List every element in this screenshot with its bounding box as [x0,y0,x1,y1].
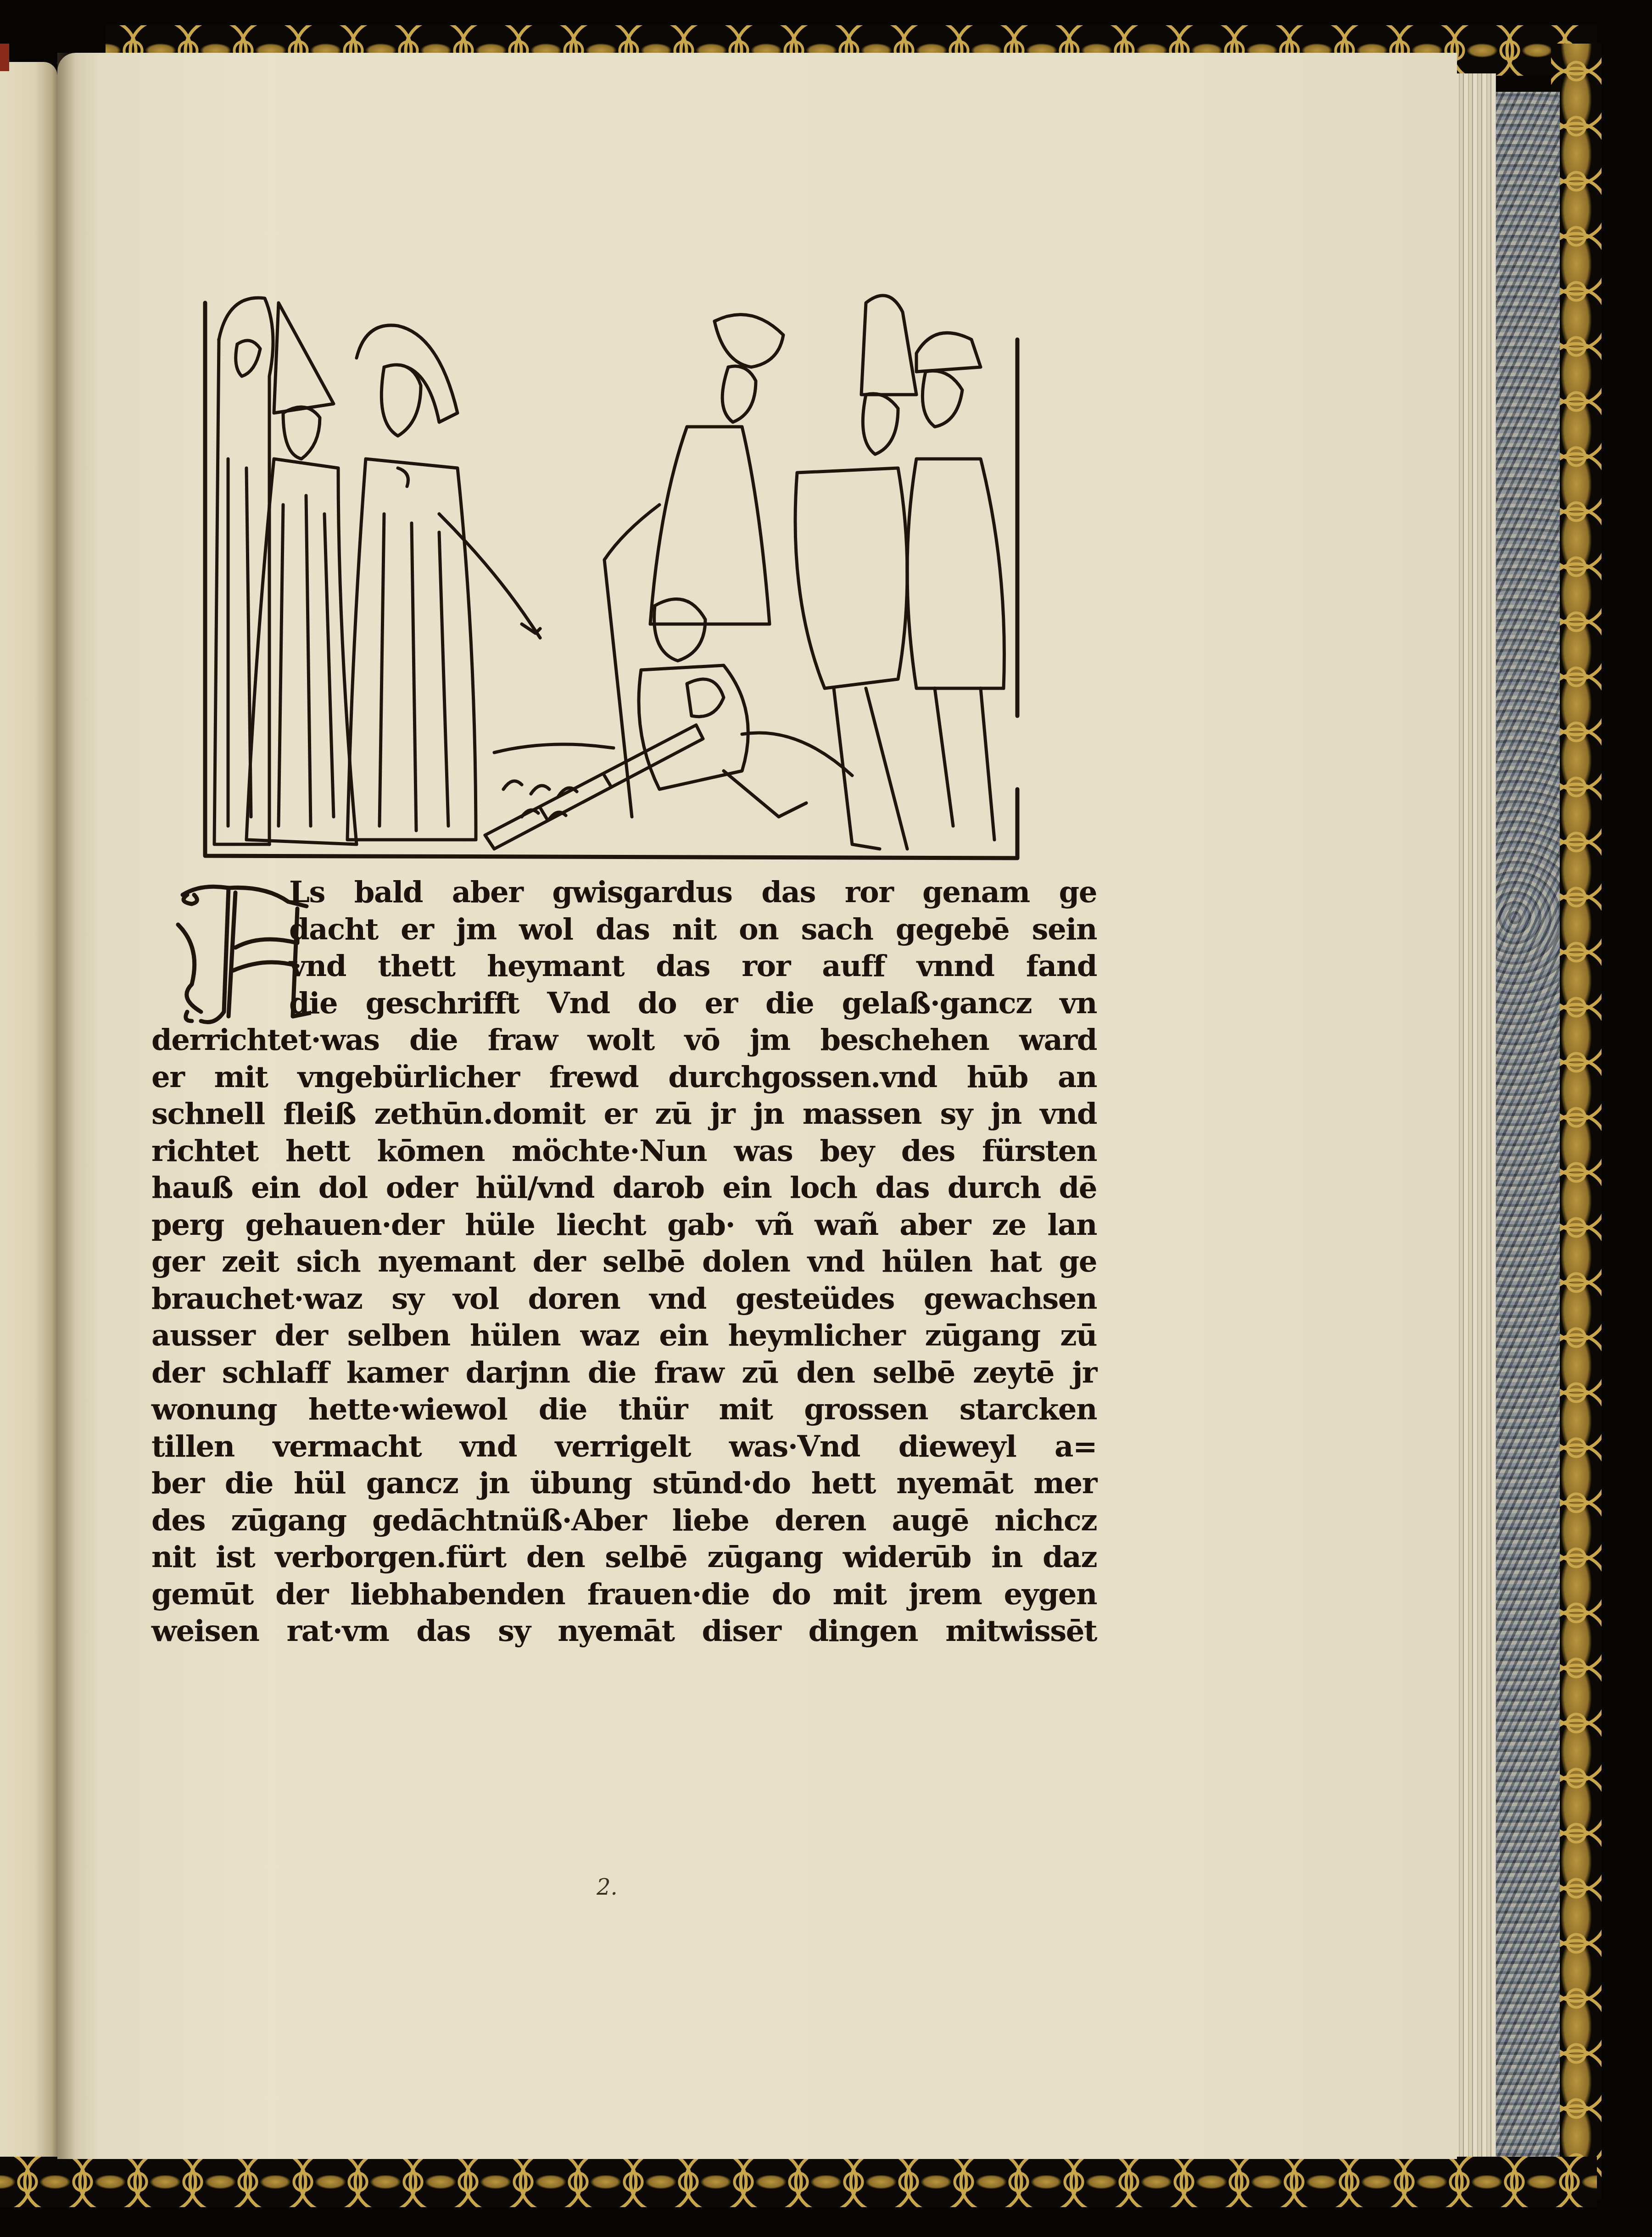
book-spread: Ls bald aber gwisgardus das ror genam ge… [0,0,1652,2237]
gutter-shadow [57,53,76,2159]
man-round-cap [907,333,1004,840]
man-tall-hat [795,296,916,849]
text-line: ber die hül gancz jn übung stūnd·do hett… [151,1465,1097,1502]
folio-number: 2. [597,1874,618,1900]
text-line: wonung hette·wiewol die thür mit grossen… [151,1391,1097,1428]
decorated-initial-a [160,874,311,1026]
text-line: tillen vermacht vnd verrigelt was·Vnd di… [151,1428,1097,1466]
verso-page-edge [0,62,57,2173]
woman-hennin [246,303,357,844]
text-line: nit ist verborgen.fürt den selbē zūgang … [151,1539,1097,1576]
text-line: vnd thett heymant das ror auff vnnd fand [289,948,1097,985]
text-line: schnell fleiß zethūn.domit er zū jr jn m… [151,1096,1097,1133]
text-line: des zūgang gedāchtnüß·Aber liebe deren a… [151,1502,1097,1540]
text-line: derrichtet·was die fraw wolt vō jm besch… [151,1022,1097,1059]
red-bookmark-edge [0,44,9,71]
text-line: er mit vngebürlicher frewd durchgossen.v… [151,1059,1097,1096]
text-line: gemūt der liebhabenden frauen·die do mit… [151,1576,1097,1613]
text-line: dacht er jm wol das nit on sach gegebē s… [289,911,1097,948]
marbled-endpaper [1494,92,1560,2157]
text-line: die geschrifft Vnd do er die gelaß·gancz… [289,985,1097,1022]
text-line: Ls bald aber gwisgardus das ror genam ge [289,874,1097,911]
text-line: weisen rat·vm das sy nyemāt diser dingen… [151,1613,1097,1650]
man-with-staff [604,314,783,817]
woman-pointing [347,325,540,840]
woodcut-illustration [201,275,1043,867]
main-text-block: Ls bald aber gwisgardus das ror genam ge… [151,874,1097,1650]
text-line: richtet hett kōmen möchte·Nun was bey de… [151,1133,1097,1170]
text-line: ausser der selben hülen waz ein heymlich… [151,1317,1097,1355]
text-line: hauß ein dol oder hül/vnd darob ein loch… [151,1170,1097,1207]
text-line: perg gehauen·der hüle liecht gab· vñ wañ… [151,1207,1097,1244]
text-line: ger zeit sich nyemant der selbē dolen vn… [151,1244,1097,1281]
gilt-border-bottom [0,2157,1597,2207]
text-line: brauchet·waz sy vol doren vnd gesteüdes … [151,1281,1097,1318]
text-line: der schlaff kamer darjnn die fraw zū den… [151,1355,1097,1392]
